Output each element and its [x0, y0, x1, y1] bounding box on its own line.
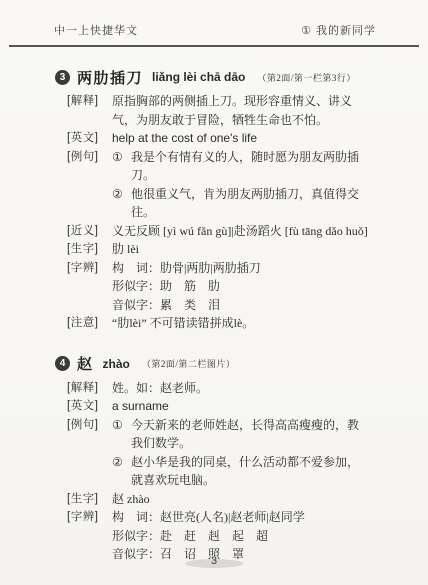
entry-pinyin: zhào	[103, 357, 130, 371]
page-number: 3	[211, 555, 217, 567]
page-number-container: 3	[182, 551, 246, 569]
section-label: [例句]	[67, 148, 112, 222]
entry-sections: [解释] 原指胸部的两侧插上刀。现形容重情义、讲义 气，为朋友敢于冒险，牺牲生命…	[67, 92, 400, 333]
compound-words-line: 构 词：肋骨|两肋|两肋插刀	[112, 259, 400, 278]
unit-title-text: 我的新同学	[316, 22, 376, 38]
header-unit-title: ① 我的新同学	[301, 22, 376, 38]
example-text: 赵小华是我的同桌，什么活动都不爱参加， 就喜欢玩电脑。	[131, 453, 359, 490]
example-item: ① 今天新来的老师姓赵，长得高高瘦瘦的，教 我们数学。	[112, 416, 400, 453]
section-example-sentences: [例句] ① 今天新来的老师姓赵，长得高高瘦瘦的，教 我们数学。 ②	[67, 416, 400, 490]
example-text: 今天新来的老师姓赵，长得高高瘦瘦的，教 我们数学。	[131, 416, 359, 453]
circled-number-icon: ②	[112, 185, 131, 222]
entry-number-badge: 4	[55, 356, 70, 371]
section-value: 构 词：肋骨|两肋|两肋插刀 形似字：助 筋 肋 音似字：累 类 泪	[112, 259, 400, 315]
section-label: [注意]	[67, 314, 112, 333]
example-line: 我们数学。	[131, 434, 359, 453]
entry-headword: 赵	[77, 353, 94, 374]
english-translation: a surname	[112, 397, 400, 416]
section-value: 原指胸部的两侧插上刀。现形容重情义、讲义 气，为朋友敢于冒险，牺牲生命也不怕。	[112, 92, 400, 129]
synonyms-text: 义无反顾 [yì wú fǎn gù]|赴汤蹈火 [fù tāng dǎo hu…	[112, 222, 400, 241]
section-note: [注意] “肋lèi” 不可错读错拼成lè。	[67, 314, 400, 333]
section-english: [英文] a surname	[67, 397, 400, 416]
section-english: [英文] help at the cost of one's life	[67, 129, 400, 148]
book-page: 中一上快捷华文 ① 我的新同学 3 两肋插刀 liǎng lèi chā dāo…	[0, 0, 428, 585]
entry-sections: [解释] 姓。如：赵老师。 [英文] a surname [例句] ① 今天新来…	[67, 379, 400, 564]
example-line: 往。	[131, 203, 359, 222]
definition-line: 原指胸部的两侧插上刀。现形容重情义、讲义	[112, 92, 400, 111]
new-character-text: 赵 zhào	[112, 490, 400, 509]
entry-headword: 两肋插刀	[77, 67, 143, 88]
section-label: [英文]	[67, 397, 112, 416]
section-label: [解释]	[67, 379, 112, 398]
entry-heading: 4 赵 zhào （第2面/第二栏图片）	[55, 354, 400, 374]
section-value: ① 今天新来的老师姓赵，长得高高瘦瘦的，教 我们数学。 ② 赵小华是我的同桌，什…	[112, 416, 400, 490]
section-label: [生字]	[67, 490, 112, 509]
entry-pinyin: liǎng lèi chā dāo	[152, 70, 245, 84]
section-label: [字辨]	[67, 259, 112, 315]
section-definition: [解释] 原指胸部的两侧插上刀。现形容重情义、讲义 气，为朋友敢于冒险，牺牲生命…	[67, 92, 400, 129]
entry-liang-lei-cha-dao: 3 两肋插刀 liǎng lèi chā dāo （第2面/第一栏第3行） [解…	[55, 67, 400, 333]
section-new-character: [生字] 赵 zhào	[67, 490, 400, 509]
definition-line: 气，为朋友敢于冒险，牺牲生命也不怕。	[112, 111, 400, 130]
example-item: ② 他很重义气，肯为朋友两肋插刀，真值得交 往。	[112, 185, 400, 222]
example-text: 他很重义气，肯为朋友两肋插刀，真值得交 往。	[131, 185, 359, 222]
example-line: 他很重义气，肯为朋友两肋插刀，真值得交	[131, 185, 359, 204]
circled-number-icon: ①	[112, 416, 131, 453]
example-line: 刀。	[131, 166, 359, 185]
section-value: ① 我是个有情有义的人，随时愿为朋友两肋插 刀。 ② 他很重义气，肯为朋友两肋插…	[112, 148, 400, 222]
example-item: ① 我是个有情有义的人，随时愿为朋友两肋插 刀。	[112, 148, 400, 185]
definition-line: 姓。如：赵老师。	[112, 379, 400, 398]
entry-heading: 3 两肋插刀 liǎng lèi chā dāo （第2面/第一栏第3行）	[55, 67, 400, 87]
section-label: [英文]	[67, 129, 112, 148]
section-label: [例句]	[67, 416, 112, 490]
example-item: ② 赵小华是我的同桌，什么活动都不爱参加， 就喜欢玩电脑。	[112, 453, 400, 490]
section-character-discrimination: [字辨] 构 词：肋骨|两肋|两肋插刀 形似字：助 筋 肋 音似字：累 类 泪	[67, 259, 400, 315]
page-header: 中一上快捷华文 ① 我的新同学	[0, 0, 428, 38]
header-course-title: 中一上快捷华文	[54, 22, 138, 38]
example-line: 我是个有情有义的人，随时愿为朋友两肋插	[131, 148, 359, 167]
section-new-character: [生字] 肋 lèi	[67, 240, 400, 259]
unit-number-circle-icon: ①	[301, 24, 312, 37]
similar-form-line: 形似字：赴 赶 赳 起 超	[112, 527, 400, 546]
section-label: [近义]	[67, 222, 112, 241]
section-definition: [解释] 姓。如：赵老师。	[67, 379, 400, 398]
entry-number-badge: 3	[55, 70, 70, 85]
example-line: 赵小华是我的同桌，什么活动都不爱参加，	[131, 453, 359, 472]
example-text: 我是个有情有义的人，随时愿为朋友两肋插 刀。	[131, 148, 359, 185]
circled-number-icon: ①	[112, 148, 131, 185]
section-synonyms: [近义] 义无反顾 [yì wú fǎn gù]|赴汤蹈火 [fù tāng d…	[67, 222, 400, 241]
circled-number-icon: ②	[112, 453, 131, 490]
example-line: 今天新来的老师姓赵，长得高高瘦瘦的，教	[131, 416, 359, 435]
section-label: [生字]	[67, 240, 112, 259]
compound-words-line: 构 词：赵世亮(人名)|赵老师|赵同学	[112, 508, 400, 527]
example-line: 就喜欢玩电脑。	[131, 471, 359, 490]
new-character-text: 肋 lèi	[112, 240, 400, 259]
note-text: “肋lèi” 不可错读错拼成lè。	[112, 314, 400, 333]
similar-form-line: 形似字：助 筋 肋	[112, 277, 400, 296]
similar-sound-line: 音似字：累 类 泪	[112, 296, 400, 315]
english-translation: help at the cost of one's life	[112, 129, 400, 148]
entry-zhao: 4 赵 zhào （第2面/第二栏图片） [解释] 姓。如：赵老师。 [英文] …	[55, 354, 400, 564]
entry-location-note: （第2面/第一栏第3行）	[257, 71, 356, 84]
section-example-sentences: [例句] ① 我是个有情有义的人，随时愿为朋友两肋插 刀。 ②	[67, 148, 400, 222]
page-content: 3 两肋插刀 liǎng lèi chā dāo （第2面/第一栏第3行） [解…	[0, 47, 428, 564]
entry-location-note: （第2面/第二栏图片）	[142, 357, 236, 370]
section-label: [解释]	[67, 92, 112, 129]
page-footer: 3	[0, 551, 428, 569]
